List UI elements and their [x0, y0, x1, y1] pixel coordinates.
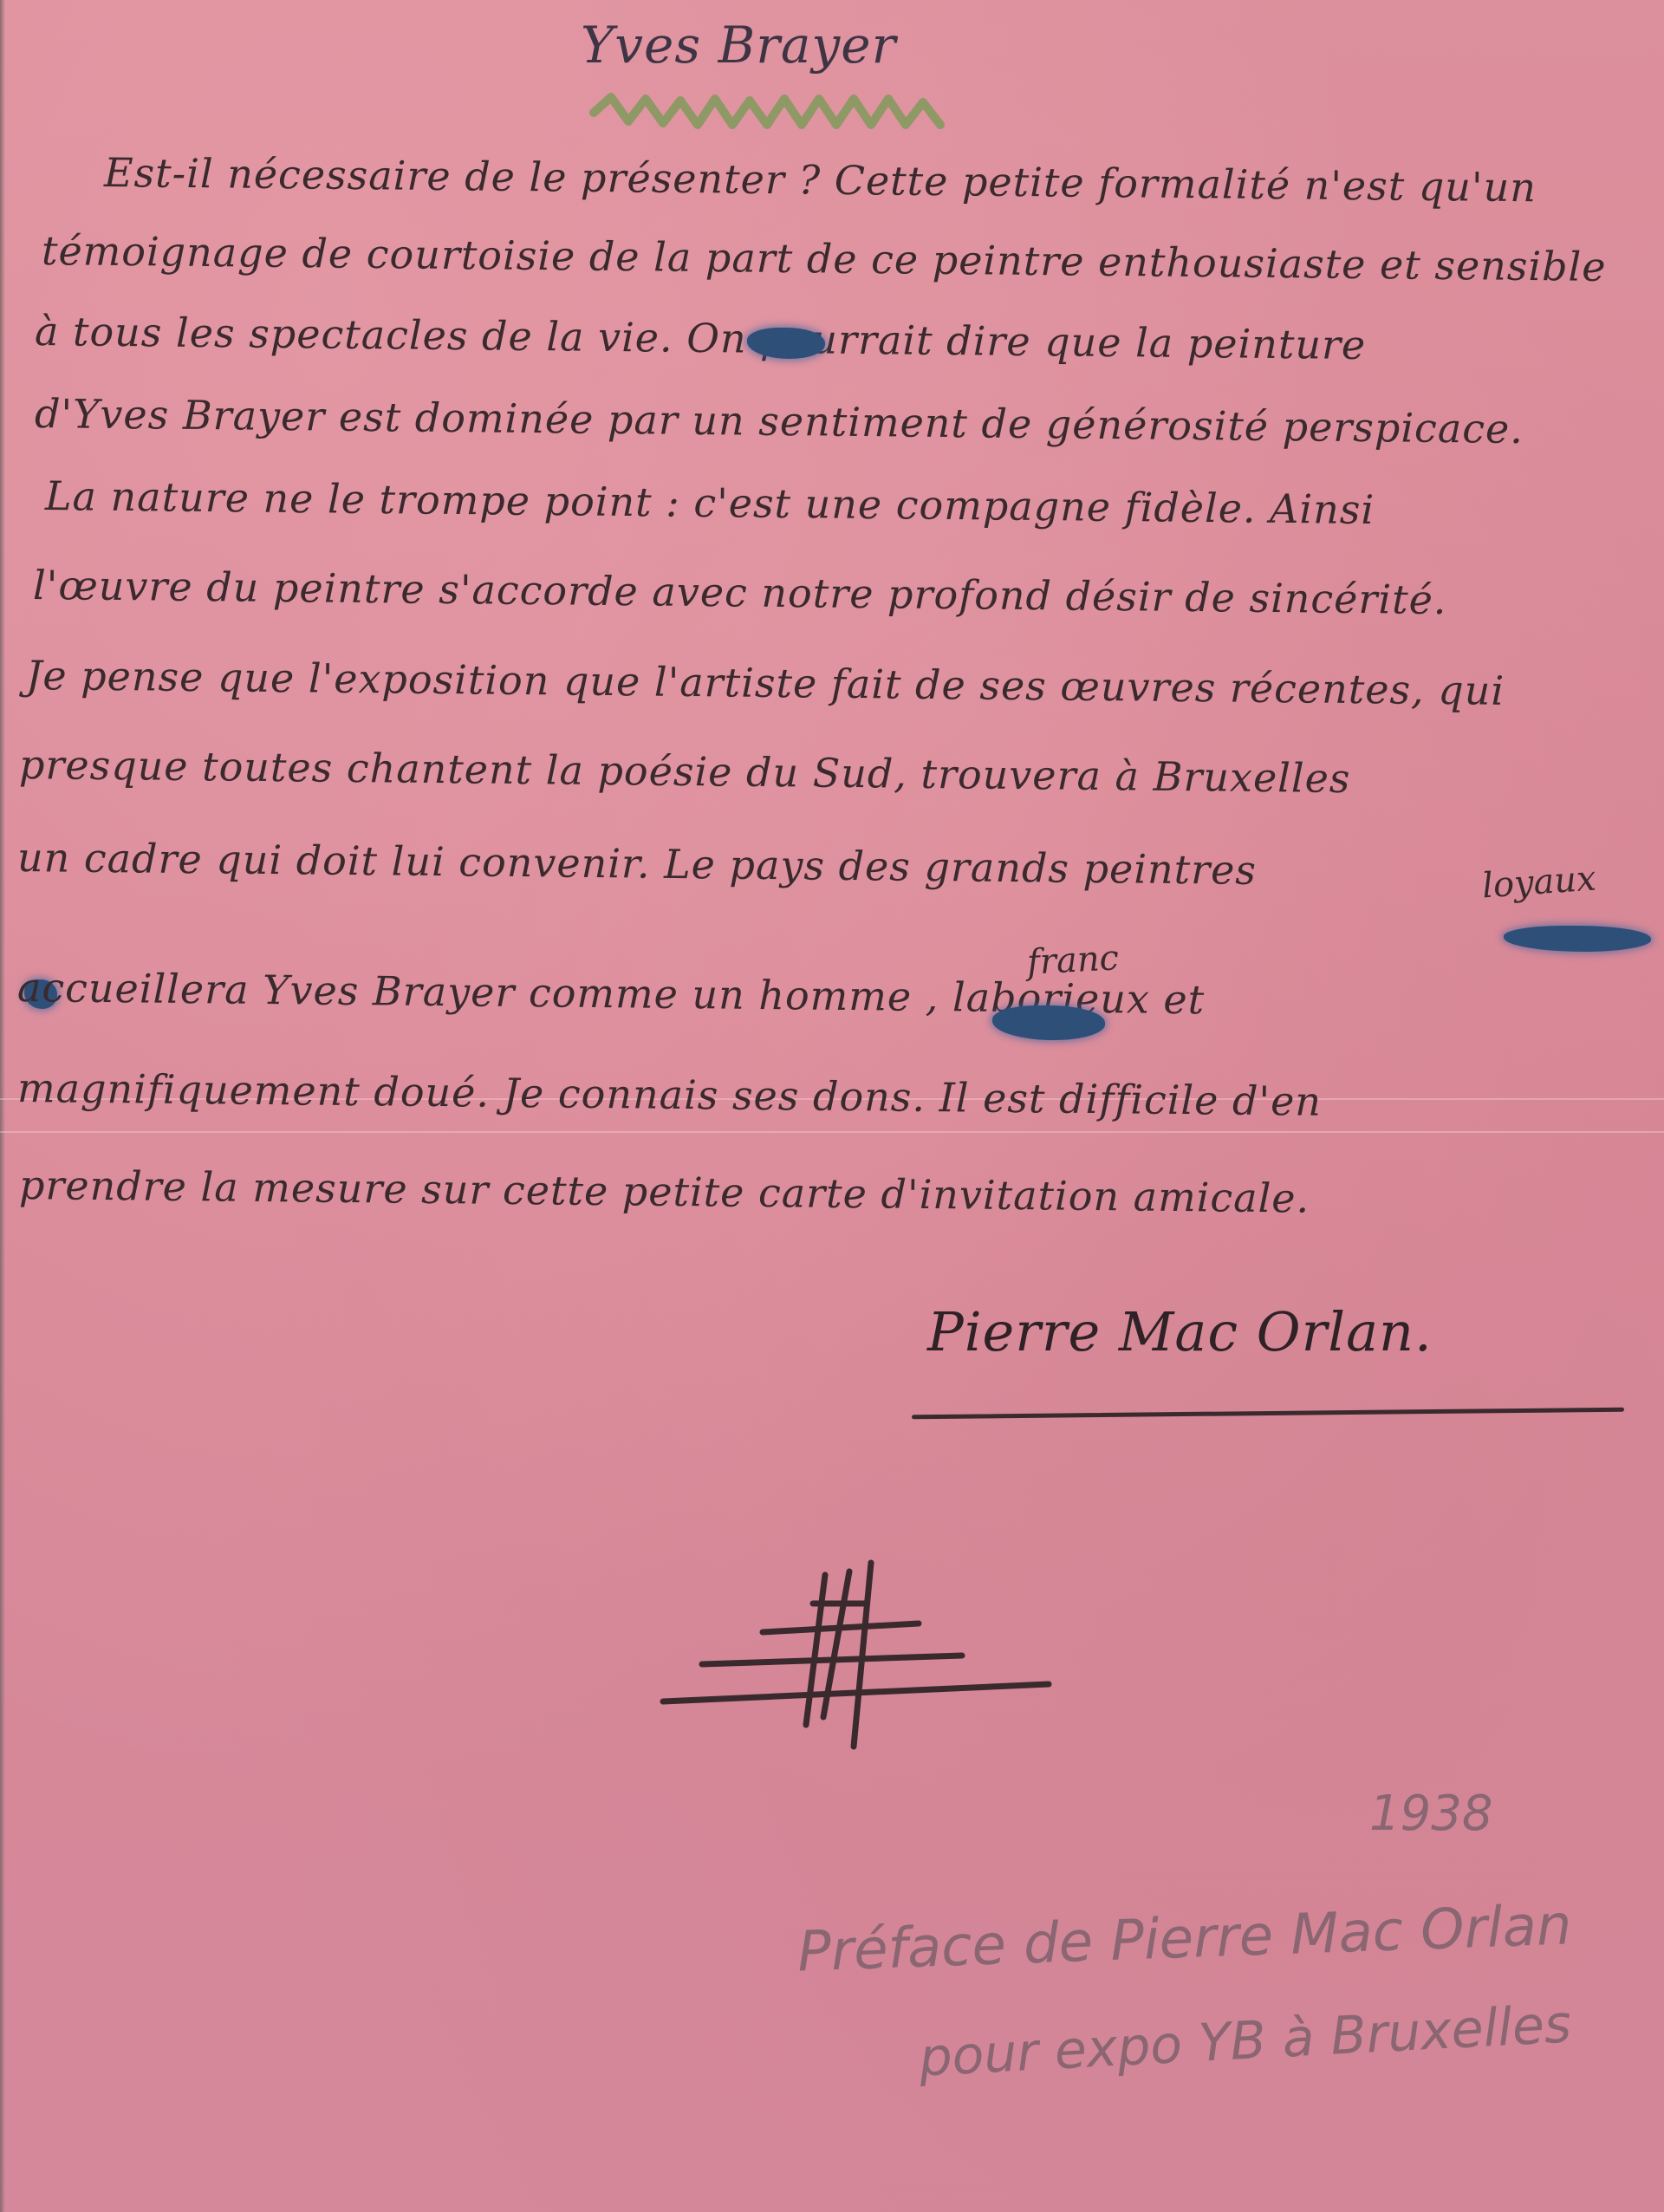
- insertion-loyaux: loyaux: [1481, 858, 1598, 906]
- green-underline-squiggle: [589, 87, 953, 139]
- pencil-year-annotation: 1938: [1369, 1786, 1493, 1842]
- letter-line-4: d'Yves Brayer est dominée par un sentime…: [35, 390, 1524, 452]
- letter-title: Yves Brayer: [581, 16, 896, 75]
- letter-line-2: témoignage de courtoisie de la part de c…: [42, 227, 1607, 290]
- ink-blot-correction: [992, 1005, 1105, 1040]
- paper-fold-line: [0, 1131, 1664, 1133]
- pencil-note-line-2: pour expo YB à Bruxelles: [918, 1994, 1573, 2088]
- letter-paper: Yves Brayer Est-il nécessaire de le prés…: [0, 0, 1664, 2212]
- pencil-note-line-1: Préface de Pierre Mac Orlan: [796, 1893, 1573, 1984]
- letter-line-1: Est-il nécessaire de le présenter ? Cett…: [104, 149, 1537, 211]
- letter-line-3: à tous les spectacles de la vie. On pour…: [35, 308, 1367, 368]
- letter-line-5: La nature ne le trompe point : c'est une…: [45, 472, 1375, 533]
- signature: Pierre Mac Orlan.: [927, 1300, 1433, 1363]
- signature-underline: [912, 1408, 1624, 1420]
- insertion-franc: franc: [1026, 938, 1120, 982]
- letter-line-11: magnifiquement doué. Je connais ses dons…: [17, 1064, 1323, 1125]
- ink-blot-correction: [1504, 926, 1651, 952]
- letter-line-12: prendre la mesure sur cette petite carte…: [19, 1161, 1310, 1222]
- monogram-mark: [633, 1539, 1118, 1799]
- letter-line-9: un cadre qui doit lui convenir. Le pays …: [17, 834, 1258, 894]
- letter-line-6: l'œuvre du peintre s'accorde avec notre …: [33, 562, 1447, 623]
- letter-line-8: presque toutes chantent la poésie du Sud…: [19, 741, 1351, 802]
- letter-line-7: Je pense que l'exposition que l'artiste …: [26, 652, 1505, 714]
